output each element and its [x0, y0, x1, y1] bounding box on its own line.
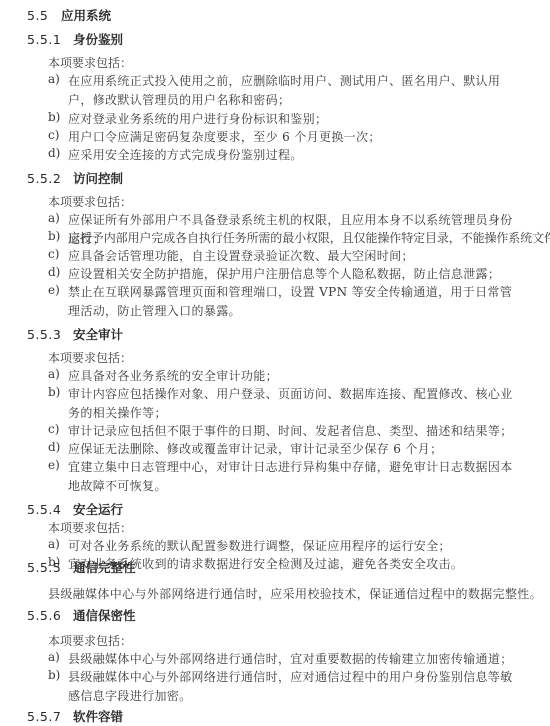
list-item: e)禁止在互联网暴露管理页面和管理端口，设置 VPN 等安全传输通道，用于日常管…: [48, 283, 524, 320]
subsection-title: 通信保密性: [73, 608, 136, 623]
list-item: b)县级融媒体中心与外部网络进行通信时，应对通信过程中的用户身份鉴别信息等敏感信…: [48, 668, 524, 705]
subsection-number: 5.5.6: [27, 608, 73, 623]
list-marker: b): [48, 668, 60, 682]
list-text: 在应用系统正式投入使用之前，应删除临时用户、测试用户、匿名用户、默认用户，修改默…: [68, 72, 524, 109]
section-title: 应用系统: [61, 8, 111, 23]
list-marker: e): [48, 458, 60, 472]
list-item: c)应具备会话管理功能，自主设置登录验证次数、最大空闲时间；: [48, 247, 524, 266]
intro-text: 本项要求包括：: [48, 632, 132, 649]
subsection-heading-5-5-5: 5.5.5通信完整性: [27, 558, 136, 576]
intro-text: 本项要求包括：: [48, 349, 132, 366]
list-text: 应授予内部用户完成各自执行任务所需的最小权限，且仅能操作特定目录，不能操作系统文…: [68, 229, 524, 248]
list-text: 宜对业务系统收到的请求数据进行安全检测及过滤，避免各类安全攻击。: [68, 555, 524, 574]
section-heading: 5.5应用系统: [27, 6, 111, 24]
subsection-title: 访问控制: [73, 171, 123, 186]
section-number: 5.5: [27, 8, 61, 23]
list-marker: a): [48, 367, 60, 381]
list-marker: c): [48, 422, 59, 436]
list-text: 应具备会话管理功能，自主设置登录验证次数、最大空闲时间；: [68, 247, 524, 266]
intro-text: 本项要求包括：: [48, 519, 132, 536]
list-marker: a): [48, 537, 60, 551]
list-item: c)用户口令应满足密码复杂度要求，至少 6 个月更换一次；: [48, 128, 524, 147]
list-marker: c): [48, 247, 59, 261]
list-item: a)县级融媒体中心与外部网络进行通信时，宜对重要数据的传输建立加密传输通道；: [48, 650, 524, 669]
subsection-title: 安全运行: [73, 502, 123, 517]
list-text: 县级融媒体中心与外部网络进行通信时，宜对重要数据的传输建立加密传输通道；: [68, 650, 524, 669]
list-item: e)宜建立集中日志管理中心，对审计日志进行异构集中存储，避免审计日志数据因本地故…: [48, 458, 524, 495]
list-item: b)应授予内部用户完成各自执行任务所需的最小权限，且仅能操作特定目录，不能操作系…: [48, 229, 524, 248]
list-item: d)应采用安全连接的方式完成身份鉴别过程。: [48, 146, 524, 165]
subsection-heading-5-5-1: 5.5.1身份鉴别: [27, 30, 123, 48]
subsection-title: 软件容错: [73, 709, 123, 724]
list-marker: d): [48, 265, 60, 279]
list-marker: b): [48, 110, 60, 124]
list-text: 审计内容应包括操作对象、用户登录、页面访问、数据库连接、配置修改、核心业务的相关…: [68, 385, 524, 422]
subsection-title: 通信完整性: [73, 560, 136, 575]
list-text: 应保证无法删除、修改或覆盖审计记录，审计记录至少保存 6 个月；: [68, 440, 524, 459]
list-marker: e): [48, 283, 60, 297]
list-text: 应采用安全连接的方式完成身份鉴别过程。: [68, 146, 524, 165]
list-marker: b): [48, 229, 60, 243]
subsection-number: 5.5.3: [27, 327, 73, 342]
list-text: 禁止在互联网暴露管理页面和管理端口，设置 VPN 等安全传输通道，用于日常管理活…: [68, 283, 524, 320]
subsection-number: 5.5.4: [27, 502, 73, 517]
subsection-number: 5.5.5: [27, 560, 73, 575]
subsection-heading-5-5-3: 5.5.3安全审计: [27, 325, 123, 343]
subsection-number: 5.5.7: [27, 709, 73, 724]
subsection-title: 身份鉴别: [73, 32, 123, 47]
subsection-heading-5-5-4: 5.5.4安全运行: [27, 500, 123, 518]
list-marker: c): [48, 128, 59, 142]
list-item: a)应具备对各业务系统的安全审计功能；: [48, 367, 524, 386]
list-marker: a): [48, 211, 60, 225]
subsection-heading-5-5-6: 5.5.6通信保密性: [27, 606, 136, 624]
list-text: 应具备对各业务系统的安全审计功能；: [68, 367, 524, 386]
subsection-title: 安全审计: [73, 327, 123, 342]
list-text: 应设置相关安全防护措施，保护用户注册信息等个人隐私数据，防止信息泄露；: [68, 265, 524, 284]
subsection-heading-5-5-7: 5.5.7软件容错: [27, 707, 123, 725]
list-marker: d): [48, 146, 60, 160]
list-item: a)可对各业务系统的默认配置参数进行调整，保证应用程序的运行安全；: [48, 537, 524, 556]
list-item: b)审计内容应包括操作对象、用户登录、页面访问、数据库连接、配置修改、核心业务的…: [48, 385, 524, 422]
intro-text: 本项要求包括：: [48, 193, 132, 210]
intro-text: 本项要求包括：: [48, 54, 132, 71]
list-text: 宜建立集中日志管理中心，对审计日志进行异构集中存储，避免审计日志数据因本地故障不…: [68, 458, 524, 495]
list-item: d)应保证无法删除、修改或覆盖审计记录，审计记录至少保存 6 个月；: [48, 440, 524, 459]
list-text: 应对登录业务系统的用户进行身份标识和鉴别；: [68, 110, 524, 129]
list-item: d)应设置相关安全防护措施，保护用户注册信息等个人隐私数据，防止信息泄露；: [48, 265, 524, 284]
list-text: 县级融媒体中心与外部网络进行通信时，应对通信过程中的用户身份鉴别信息等敏感信息字…: [68, 668, 524, 705]
list-marker: d): [48, 440, 60, 454]
subsection-number: 5.5.1: [27, 32, 73, 47]
list-item: a)在应用系统正式投入使用之前，应删除临时用户、测试用户、匿名用户、默认用户，修…: [48, 72, 524, 109]
subsection-number: 5.5.2: [27, 171, 73, 186]
subsection-heading-5-5-2: 5.5.2访问控制: [27, 169, 123, 187]
paragraph-text: 县级融媒体中心与外部网络进行通信时，应采用校验技术，保证通信过程中的数据完整性。: [48, 585, 524, 602]
list-marker: b): [48, 385, 60, 399]
list-item: b)应对登录业务系统的用户进行身份标识和鉴别；: [48, 110, 524, 129]
list-text: 用户口令应满足密码复杂度要求，至少 6 个月更换一次；: [68, 128, 524, 147]
list-text: 审计记录应包括但不限于事件的日期、时间、发起者信息、类型、描述和结果等；: [68, 422, 524, 441]
list-marker: a): [48, 650, 60, 664]
list-text: 可对各业务系统的默认配置参数进行调整，保证应用程序的运行安全；: [68, 537, 524, 556]
list-marker: a): [48, 72, 60, 86]
list-item: c)审计记录应包括但不限于事件的日期、时间、发起者信息、类型、描述和结果等；: [48, 422, 524, 441]
